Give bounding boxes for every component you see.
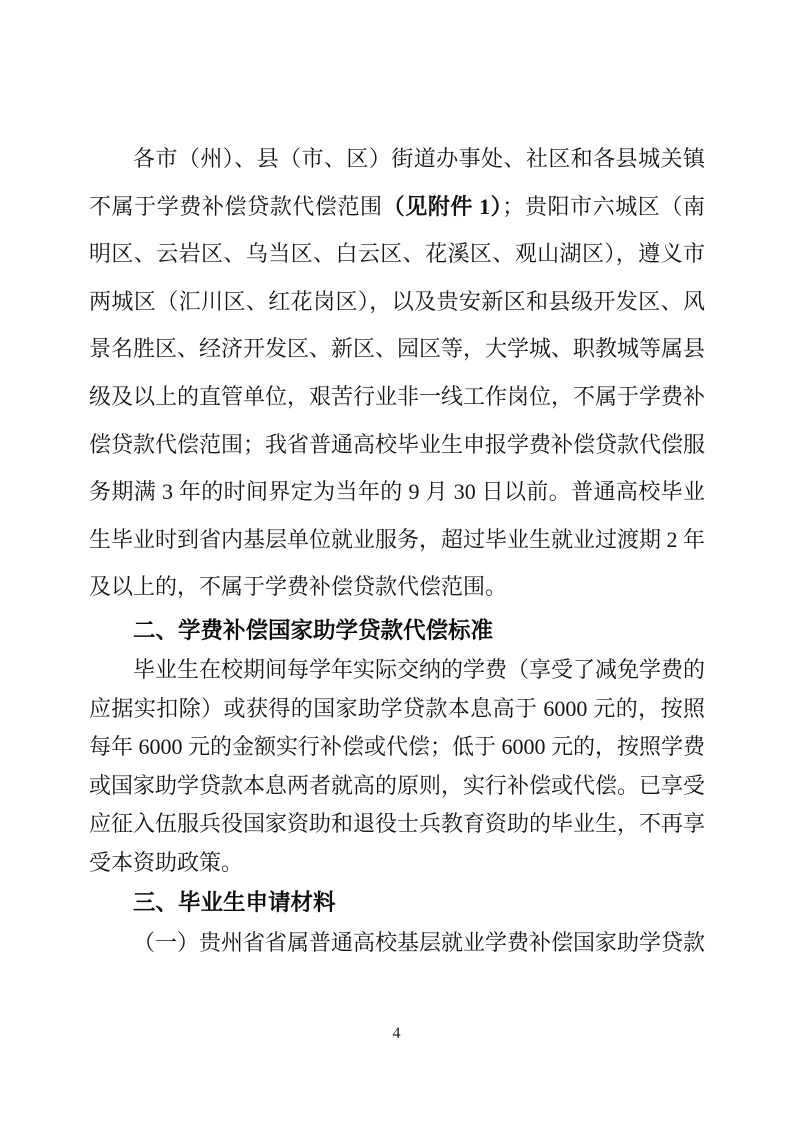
attachment-reference: （见附件 1）: [383, 194, 503, 219]
page-number: 4: [0, 1024, 793, 1044]
paragraph-application-materials-intro: （一）贵州省省属普通高校基层就业学费补偿国家助学贷款: [89, 923, 705, 963]
document-body: 各市（州）、县（市、区）街道办事处、社区和各县城关镇不属于学费补偿贷款代偿范围（…: [89, 135, 705, 963]
paragraph-compensation-standard: 毕业生在校期间每学年实际交纳的学费（享受了减免学费的应据实扣除）或获得的国家助学…: [89, 651, 705, 883]
paragraph-scope-exclusions: 各市（州）、县（市、区）街道办事处、社区和各县城关镇不属于学费补偿贷款代偿范围（…: [89, 135, 705, 611]
section-heading-application-materials: 三、毕业生申请材料: [89, 883, 705, 923]
document-page: 各市（州）、县（市、区）街道办事处、社区和各县城关镇不属于学费补偿贷款代偿范围（…: [0, 0, 793, 1122]
paragraph-scope-post-text: ；贵阳市六城区（南明区、云岩区、乌当区、白云区、花溪区、观山湖区），遵义市两城区…: [89, 194, 705, 600]
section-heading-compensation-standard: 二、学费补偿国家助学贷款代偿标准: [89, 611, 705, 651]
